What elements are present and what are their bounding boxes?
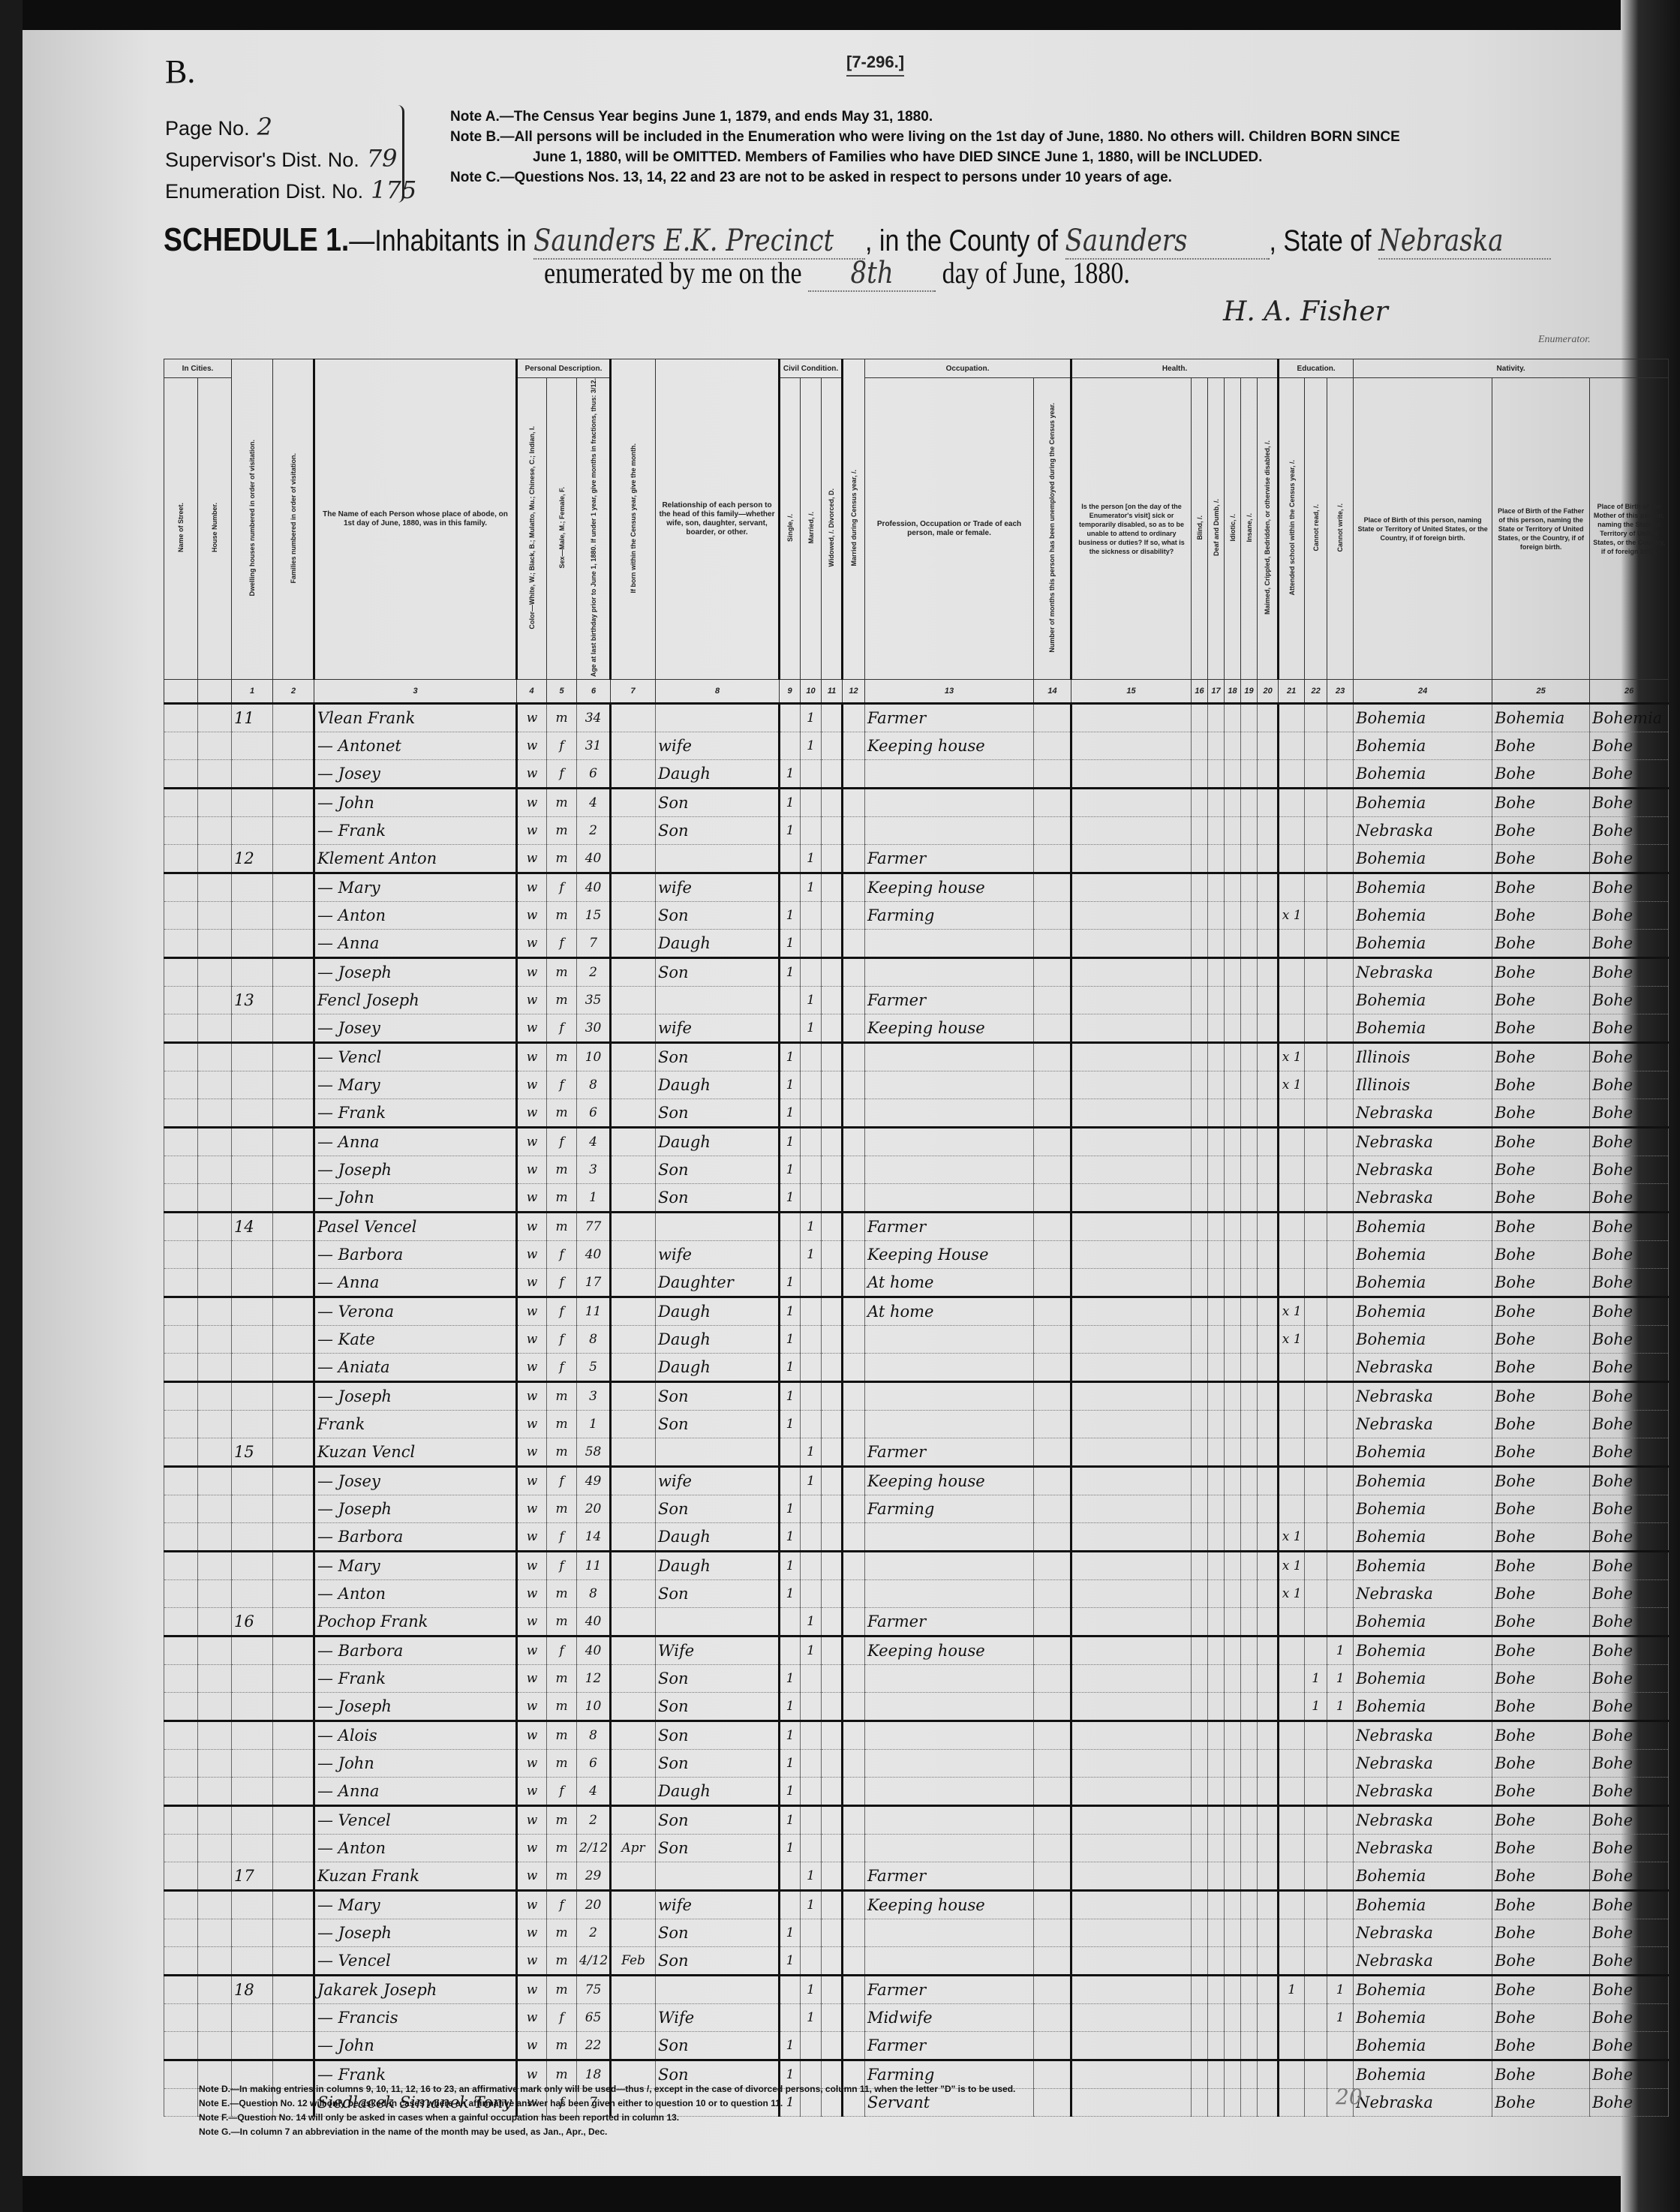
cell-occupation: Keeping house [865,1014,1034,1043]
cell-mother: Bohe [1590,1835,1669,1862]
cell-cant-read [1305,1523,1327,1552]
cell-school [1279,2032,1305,2060]
cell-birth: Bohemia [1354,930,1492,958]
cell-name: — Francis [314,2004,517,2032]
cell-empty [1208,1835,1225,1862]
cell-empty [1208,1184,1225,1213]
cell-empty [1192,817,1208,845]
cell-unemp [1034,930,1071,958]
cell-sex: m [547,2032,577,2060]
cell-age: 22 [577,2032,611,2060]
cell-empty [1208,1976,1225,2004]
cell-empty [1192,1014,1208,1043]
cell-cant-write [1327,1241,1354,1269]
cell-birth: Nebraska [1354,1947,1492,1976]
cell-empty [1225,1269,1241,1297]
cell-empty [198,1580,232,1608]
cell-widowed [822,1184,843,1213]
cell-sex: f [547,1552,577,1580]
cell-occupation [865,1665,1034,1693]
cell-married [801,1071,822,1099]
cell-month [611,1636,656,1665]
cell-sex: m [547,1835,577,1862]
cell-empty [198,1806,232,1835]
cell-cant-write [1327,845,1354,873]
cell-widowed [822,1156,843,1184]
cell-school: x 1 [1279,1297,1305,1326]
cell-color: w [517,1438,547,1467]
cell-cant-write [1327,1354,1354,1382]
cell-mother: Bohe [1590,1156,1669,1184]
cell-month [611,958,656,987]
cell-family [273,1552,314,1580]
cell-family [273,902,314,930]
cell-unemp [1034,845,1071,873]
cell-single: 1 [780,1297,801,1326]
cell-empty [1225,1241,1241,1269]
cell-sex: f [547,1241,577,1269]
cell-birth: Nebraska [1354,1099,1492,1128]
cell-empty [1241,1156,1258,1184]
cell-empty [1192,1947,1208,1976]
cell-father: Bohe [1492,930,1590,958]
cell-mother: Bohe [1590,1184,1669,1213]
cell-marr-year [843,1665,865,1693]
cell-name: — Mary [314,1071,517,1099]
cell-empty [1225,1326,1241,1354]
cell-father: Bohe [1492,1693,1590,1721]
cell-name: Pochop Frank [314,1608,517,1636]
cell-single: 1 [780,1382,801,1411]
cell-empty [198,1523,232,1552]
col-5-header: Sex—Male, M.; Female, F. [547,378,577,680]
cell-unemp [1034,1891,1071,1919]
cell-birth: Illinois [1354,1043,1492,1071]
cell-widowed [822,1326,843,1354]
cell-cant-write [1327,1014,1354,1043]
cell-month [611,1382,656,1411]
cell-color: w [517,1128,547,1156]
cell-mother: Bohe [1590,1608,1669,1636]
cell-relation: Wife [656,1636,780,1665]
table-row: — Joseywf6Daugh1BohemiaBoheBohe [164,760,1669,789]
cell-birth: Nebraska [1354,817,1492,845]
cell-empty [1192,1523,1208,1552]
cell-dwelling [232,2032,273,2060]
cell-single: 1 [780,1778,801,1806]
cell-empty [1258,2089,1279,2117]
cell-dwelling: 12 [232,845,273,873]
cell-dwelling [232,902,273,930]
table-row: — Katewf8Daugh1x 1BohemiaBoheBohe [164,1326,1669,1354]
cell-cant-write [1327,1495,1354,1523]
cell-school [1279,1099,1305,1128]
cell-cant-write [1327,930,1354,958]
cell-relation: Son [656,1919,780,1947]
cell-single [780,2004,801,2032]
cell-empty [1192,1382,1208,1411]
cell-marr-year [843,2032,865,2060]
cell-month [611,704,656,732]
cell-marr-year [843,732,865,760]
cell-sick [1071,2004,1192,2032]
cell-color: w [517,1862,547,1891]
cell-sick [1071,1750,1192,1778]
cell-father: Bohe [1492,1947,1590,1976]
cell-marr-year [843,1382,865,1411]
cell-unemp [1034,1071,1071,1099]
cell-empty [1208,1665,1225,1693]
cell-relation: Son [656,1947,780,1976]
cell-dwelling [232,1947,273,1976]
cell-mother: Bohe [1590,987,1669,1014]
cell-color: w [517,1636,547,1665]
cell-empty [1208,1580,1225,1608]
table-row: — Marywf20wife1Keeping houseBohemiaBoheB… [164,1891,1669,1919]
cell-age: 77 [577,1213,611,1241]
cell-sex: m [547,1862,577,1891]
cell-widowed [822,1778,843,1806]
cell-occupation [865,1750,1034,1778]
cell-relation [656,1608,780,1636]
cell-empty [1192,1665,1208,1693]
cell-empty [1258,1326,1279,1354]
col-22-header: Cannot read, /. [1305,378,1327,680]
cell-sick [1071,704,1192,732]
cell-single: 1 [780,789,801,817]
cell-marr-year [843,1297,865,1326]
cell-empty [198,1778,232,1806]
cell-relation: Daugh [656,760,780,789]
cell-empty [1241,760,1258,789]
cell-marr-year [843,1467,865,1495]
cell-father: Bohemia [1492,704,1590,732]
cell-name: — Antonet [314,732,517,760]
cell-family [273,789,314,817]
table-row: — Josephwm20Son1FarmingBohemiaBoheBohe [164,1495,1669,1523]
cell-age: 10 [577,1043,611,1071]
cell-color: w [517,760,547,789]
cell-unemp [1034,1043,1071,1071]
cell-occupation: Farmer [865,704,1034,732]
cell-empty [198,1043,232,1071]
cell-month [611,1156,656,1184]
cell-age: 6 [577,1099,611,1128]
cell-empty [198,1608,232,1636]
cell-dwelling [232,1523,273,1552]
cell-sick [1071,1665,1192,1693]
cell-marr-year [843,1580,865,1608]
cell-empty [1225,760,1241,789]
cell-empty [1225,1947,1241,1976]
cell-cant-read [1305,845,1327,873]
cell-birth: Bohemia [1354,2060,1492,2089]
cell-color: w [517,732,547,760]
cell-color: w [517,1382,547,1411]
cell-school: x 1 [1279,1552,1305,1580]
cell-cant-read [1305,760,1327,789]
cell-married [801,1665,822,1693]
cell-empty [1258,1128,1279,1156]
cell-cant-write [1327,1071,1354,1099]
note-d: Note D.—In making entries in columns 9, … [199,2082,1015,2096]
cell-month [611,1071,656,1099]
cell-empty [1241,1269,1258,1297]
cell-age: 35 [577,987,611,1014]
cell-name: — Kate [314,1326,517,1354]
cell-empty [164,1382,198,1411]
table-row: — Antonwm2/12AprSon1NebraskaBoheBohe [164,1835,1669,1862]
cell-school [1279,1411,1305,1438]
cell-relation: Son [656,1099,780,1128]
cell-cant-write [1327,817,1354,845]
cell-age: 20 [577,1891,611,1919]
cell-sick [1071,1835,1192,1862]
cell-sick [1071,1806,1192,1835]
census-body: 1234567891011121314151617181920212223242… [164,680,1669,2117]
cell-empty [1208,1919,1225,1947]
cell-school [1279,1241,1305,1269]
cell-color: w [517,1071,547,1099]
cell-mother: Bohe [1590,1750,1669,1778]
cell-empty [1208,1411,1225,1438]
col-7-header: If born within the Census year, give the… [611,359,656,680]
cell-school [1279,1947,1305,1976]
cell-mother: Bohe [1590,789,1669,817]
cell-empty [1258,1976,1279,2004]
cell-birth: Bohemia [1354,1862,1492,1891]
cell-sick [1071,845,1192,873]
cell-empty [1225,1721,1241,1750]
cell-empty [164,1919,198,1947]
cell-married [801,1580,822,1608]
cell-month [611,1523,656,1552]
cell-cant-read [1305,1354,1327,1382]
cell-name: Pasel Vencel [314,1213,517,1241]
cell-cant-read [1305,1835,1327,1862]
cell-empty [1241,1495,1258,1523]
cell-mother: Bohe [1590,1354,1669,1382]
cell-sick [1071,1580,1192,1608]
cell-name: Vlean Frank [314,704,517,732]
cell-name: Fencl Joseph [314,987,517,1014]
cell-widowed [822,1269,843,1297]
cell-color: w [517,845,547,873]
cell-single [780,1213,801,1241]
schedule-title: SCHEDULE 1. [164,221,349,258]
cell-occupation: Keeping house [865,1467,1034,1495]
cell-cant-read [1305,1213,1327,1241]
cell-cant-write [1327,1523,1354,1552]
cell-widowed [822,987,843,1014]
cell-empty [1258,1495,1279,1523]
cell-marr-year [843,1947,865,1976]
cell-empty [1241,1438,1258,1467]
cell-single [780,873,801,902]
cell-empty [1225,1043,1241,1071]
cell-marr-year [843,902,865,930]
cell-empty [1208,1778,1225,1806]
cell-birth: Bohemia [1354,1665,1492,1693]
cell-empty [1225,704,1241,732]
cell-widowed [822,873,843,902]
cell-relation: Son [656,2032,780,2060]
cell-married [801,1043,822,1071]
cell-empty [164,1354,198,1382]
cell-occupation [865,1523,1034,1552]
cell-dwelling [232,930,273,958]
col-17-header: Deaf and Dumb, /. [1208,378,1225,680]
cell-widowed [822,1891,843,1919]
cell-empty [1241,704,1258,732]
cell-occupation: Farmer [865,987,1034,1014]
cell-color: w [517,1326,547,1354]
cell-occupation: Farmer [865,1976,1034,2004]
cell-married: 1 [801,1976,822,2004]
cell-school [1279,873,1305,902]
cell-married: 1 [801,1608,822,1636]
cell-empty [1208,1523,1225,1552]
cell-mother: Bohe [1590,1862,1669,1891]
cell-sex: f [547,1269,577,1297]
cell-empty [1225,1438,1241,1467]
cell-relation: Son [656,1184,780,1213]
cell-unemp [1034,902,1071,930]
table-row: 18Jakarek Josephwm751Farmer11BohemiaBohe… [164,1976,1669,2004]
census-table: In Cities. Dwelling houses numbered in o… [164,359,1669,2117]
cell-relation: Daugh [656,1354,780,1382]
cell-relation [656,1976,780,2004]
cell-single: 1 [780,930,801,958]
cell-empty [1241,1241,1258,1269]
cell-marr-year [843,1495,865,1523]
cell-single: 1 [780,1947,801,1976]
cell-father: Bohe [1492,1354,1590,1382]
cell-cant-read [1305,732,1327,760]
cell-cant-write [1327,1608,1354,1636]
cell-cant-write [1327,1778,1354,1806]
cell-empty [1241,1043,1258,1071]
cell-marr-year [843,1184,865,1213]
cell-school [1279,1438,1305,1467]
cell-marr-year [843,1721,865,1750]
cell-mother: Bohe [1590,2004,1669,2032]
cell-empty [1241,1411,1258,1438]
cell-cant-write [1327,987,1354,1014]
cell-single [780,845,801,873]
cell-occupation: Keeping house [865,732,1034,760]
cell-single [780,1438,801,1467]
cell-empty [164,1241,198,1269]
cell-sick [1071,1862,1192,1891]
cell-empty [1241,2089,1258,2117]
cell-empty [1192,1862,1208,1891]
cell-birth: Nebraska [1354,1411,1492,1438]
cell-relation: Daugh [656,1778,780,1806]
cell-relation: Son [656,1693,780,1721]
cell-single: 1 [780,1495,801,1523]
cell-color: w [517,1919,547,1947]
cell-dwelling: 18 [232,1976,273,2004]
cell-father: Bohe [1492,1213,1590,1241]
cell-family [273,1213,314,1241]
cell-empty [1192,1156,1208,1184]
cell-empty [1258,1862,1279,1891]
cell-sick [1071,1552,1192,1580]
cell-empty [1258,1014,1279,1043]
cell-empty [1225,1665,1241,1693]
cell-widowed [822,1495,843,1523]
cell-empty [1258,1156,1279,1184]
cell-family [273,1128,314,1156]
col-3-header: The Name of each Person whose place of a… [314,359,517,680]
cell-sex: f [547,1326,577,1354]
cell-relation: Daugh [656,1071,780,1099]
cell-month [611,1806,656,1835]
cell-empty [1208,902,1225,930]
cell-occupation: Farmer [865,1862,1034,1891]
cell-unemp [1034,1580,1071,1608]
cell-dwelling [232,1411,273,1438]
cell-empty [164,873,198,902]
cell-empty [1258,1241,1279,1269]
cell-sex: m [547,1411,577,1438]
brace-decoration [398,105,404,203]
cell-name: Frank [314,1411,517,1438]
cell-empty [1258,789,1279,817]
cell-empty [164,1806,198,1835]
cell-occupation: Farming [865,902,1034,930]
cell-father: Bohe [1492,1411,1590,1438]
cell-empty [1258,1411,1279,1438]
cell-single: 1 [780,1721,801,1750]
cell-empty [198,1213,232,1241]
cell-cant-read [1305,987,1327,1014]
cell-empty [164,958,198,987]
cell-marr-year [843,1438,865,1467]
cell-married [801,1947,822,1976]
cell-empty [1241,1297,1258,1326]
cell-month [611,845,656,873]
cell-relation: Daugh [656,1128,780,1156]
cell-school [1279,704,1305,732]
schedule-title-line: SCHEDULE 1.—Inhabitants in Saunders E.K.… [164,221,1551,260]
cell-single: 1 [780,1835,801,1862]
table-row: — Josephwm3Son1NebraskaBoheBohe [164,1382,1669,1411]
cell-dwelling [232,873,273,902]
cell-marr-year [843,873,865,902]
cell-month [611,1411,656,1438]
cell-married: 1 [801,1213,822,1241]
cell-month [611,1608,656,1636]
cell-father: Bohe [1492,902,1590,930]
cell-marr-year [843,1213,865,1241]
cell-cant-write [1327,1862,1354,1891]
cell-occupation: Farmer [865,845,1034,873]
cell-father: Bohe [1492,1778,1590,1806]
cell-dwelling [232,1184,273,1213]
cell-cant-write [1327,873,1354,902]
cell-marr-year [843,1693,865,1721]
table-row: — Johnwm6Son1NebraskaBoheBohe [164,1750,1669,1778]
cell-empty [1208,1269,1225,1297]
cell-empty [1241,2004,1258,2032]
cell-age: 40 [577,873,611,902]
cell-birth: Nebraska [1354,1156,1492,1184]
cell-relation [656,1862,780,1891]
cell-family [273,1806,314,1835]
cell-empty [1208,1750,1225,1778]
